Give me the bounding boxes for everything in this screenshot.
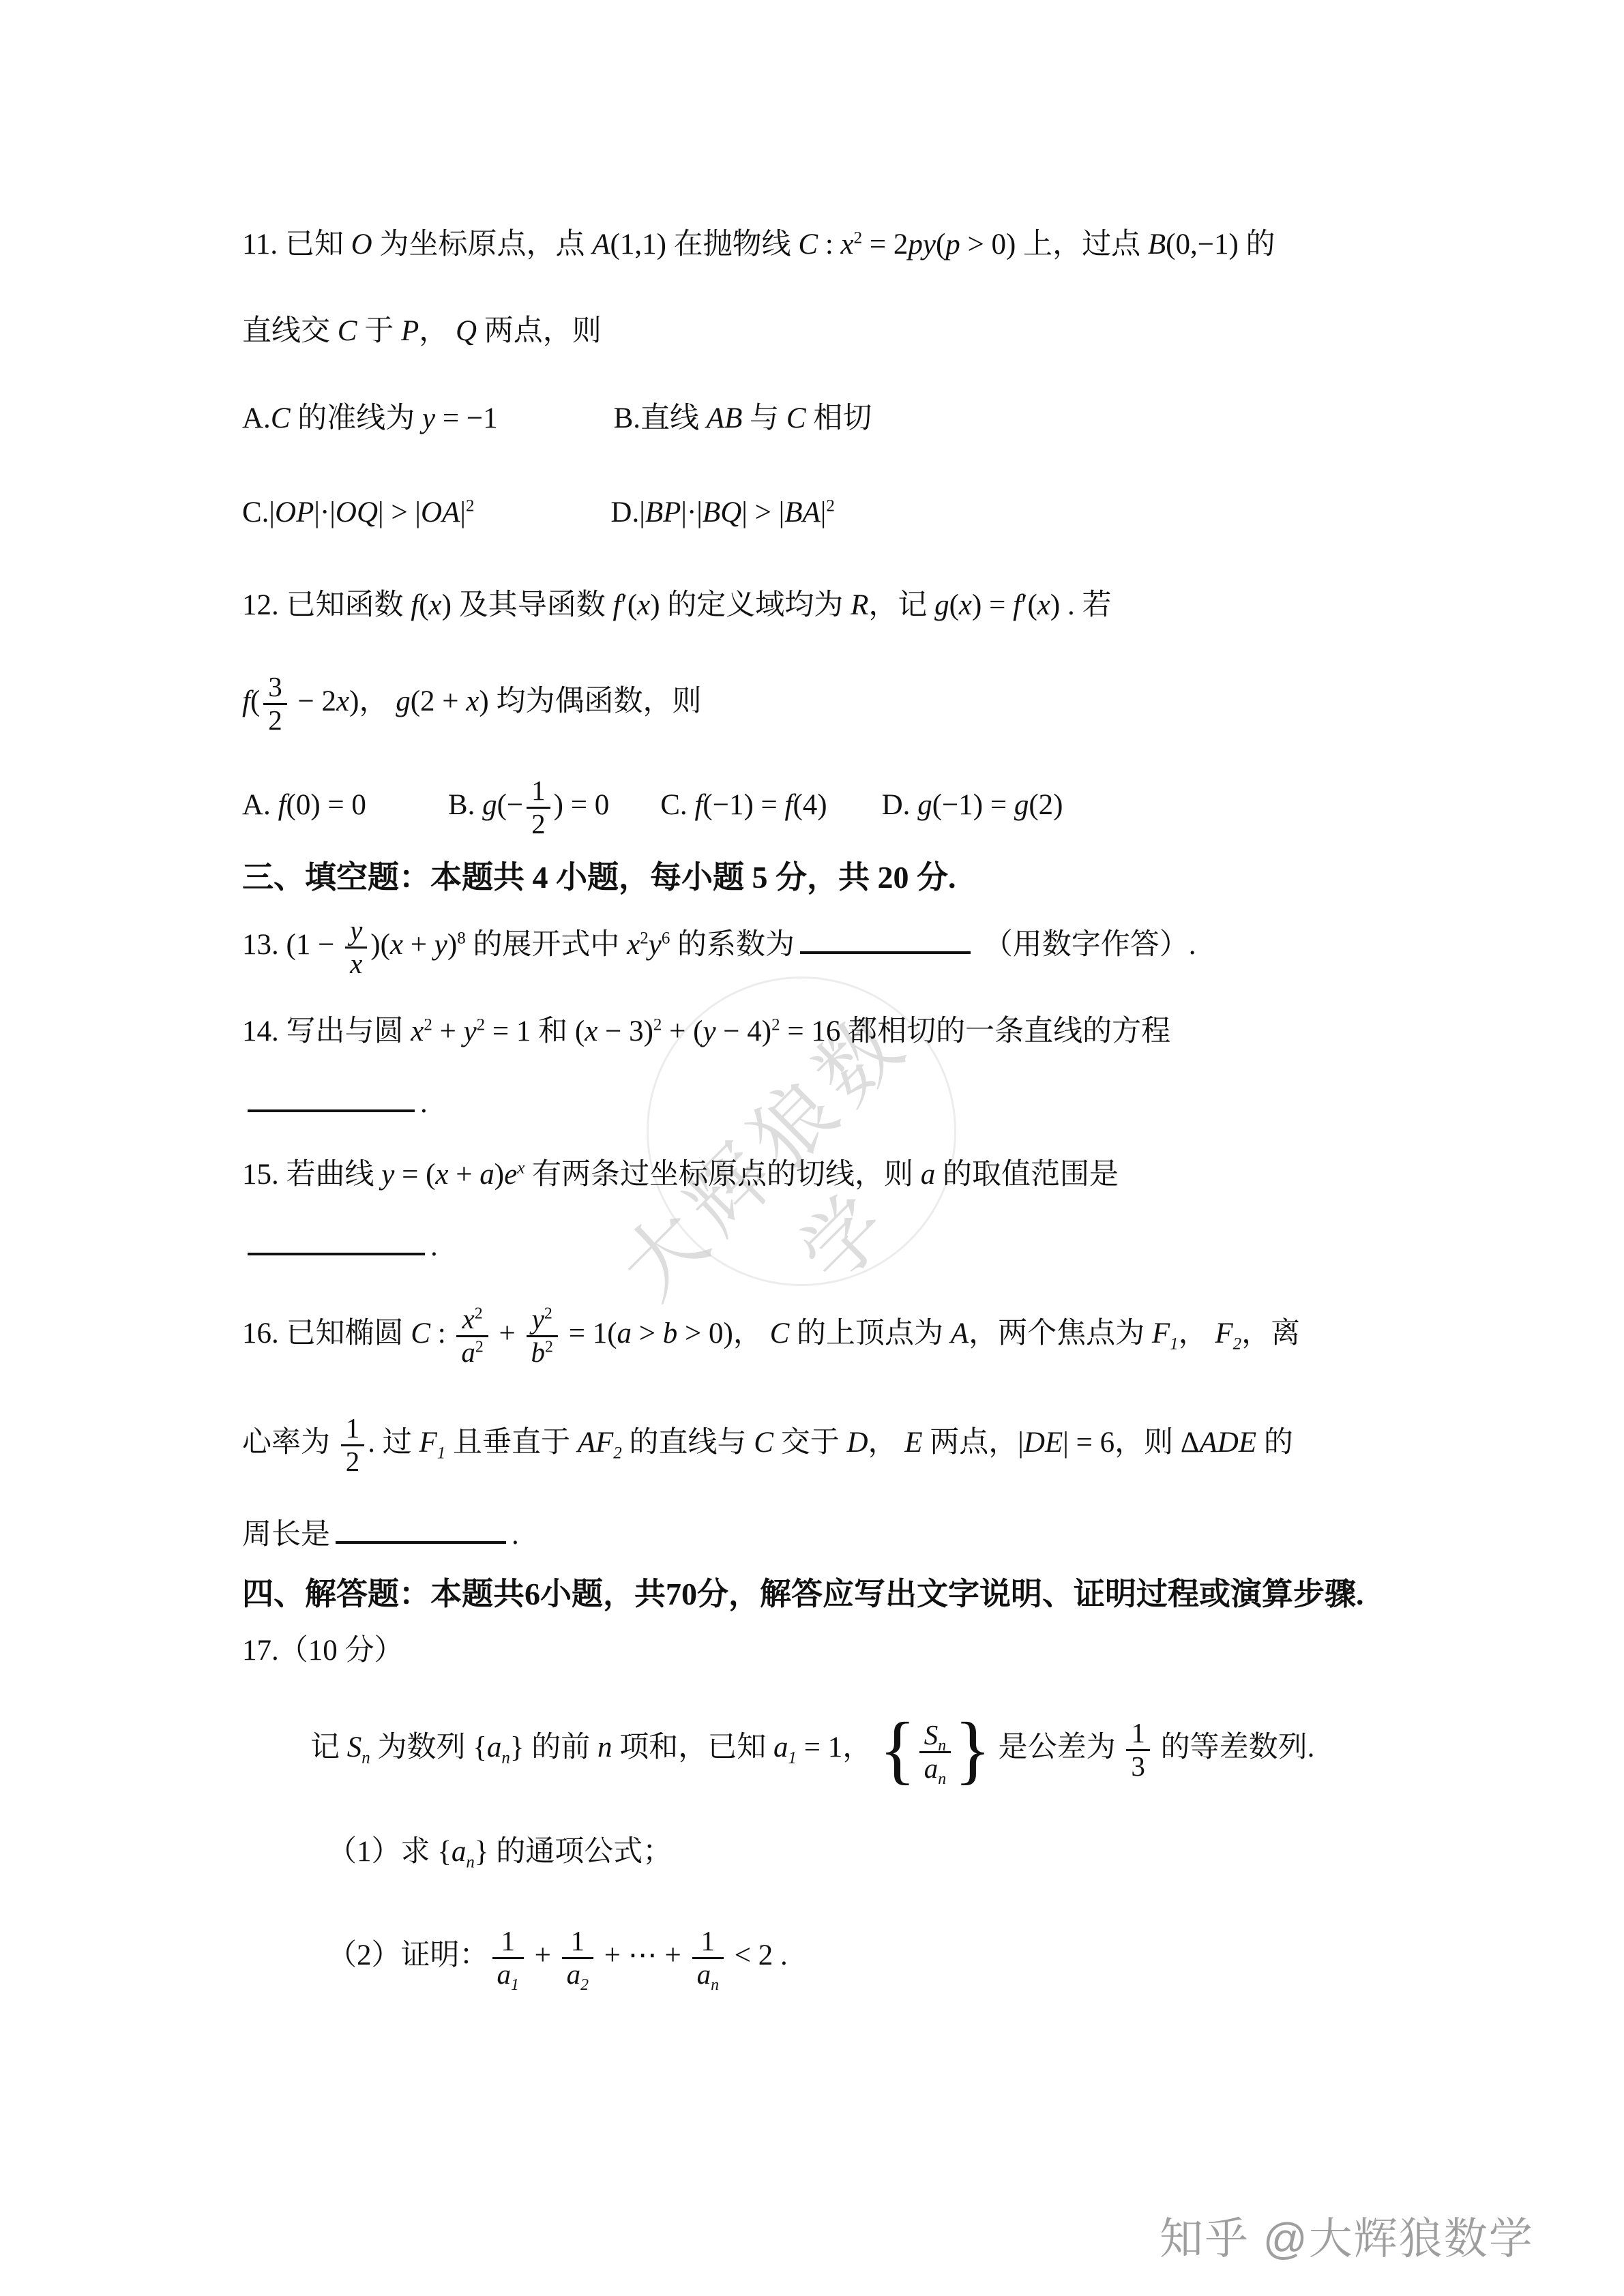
fraction-numerator: y [345, 915, 367, 946]
fraction-denominator: x [345, 946, 367, 980]
math-text: (1,1) 在抛物线 [610, 228, 799, 260]
math-text: 13. (1 − [242, 929, 342, 961]
math-subscript: 1 [511, 1976, 519, 1994]
math-fraction: 1a2 [562, 1926, 593, 1991]
math-fraction: yx [345, 915, 367, 980]
math-variable: g [482, 789, 497, 821]
math-subscript: 2 [580, 1976, 589, 1994]
math-variable: a [921, 1159, 936, 1191]
math-text: D.| [610, 496, 645, 528]
math-text: ) . 若 [1050, 589, 1112, 621]
math-text: 1 [531, 775, 546, 806]
math-variable: A [592, 228, 610, 260]
answer-blank [800, 922, 971, 954]
math-text: ) [494, 1159, 504, 1191]
text-line: 13. (1 − yx)(x + y)8 的展开式中 x2y6 的系数为 （用数… [242, 899, 1408, 991]
math-variable: B [1148, 228, 1166, 260]
math-variable: x [435, 1159, 448, 1191]
math-text: . [420, 1087, 428, 1119]
math-superscript: 2 [475, 1338, 484, 1356]
fraction-denominator: a1 [492, 1957, 524, 1991]
question-14: 14. 写出与圆 x2 + y2 = 1 和 (x − 3)2 + (y − 4… [242, 991, 1408, 1134]
math-variable: n [597, 1731, 612, 1763]
math-variable: a [697, 1958, 711, 1990]
math-text: （2）证明： [327, 1939, 489, 1971]
math-superscript: 2 [424, 1016, 432, 1034]
math-text: ) [447, 929, 457, 961]
math-text: = 1， [797, 1731, 879, 1763]
math-text: ′( [1021, 589, 1037, 621]
math-subscript: 1 [1170, 1335, 1178, 1354]
question-11: 11. 已知 O 为坐标原点，点 A(1,1) 在抛物线 C : x2 = 2p… [242, 201, 1408, 562]
answer-blank [248, 1223, 425, 1255]
math-text: 直线交 [242, 315, 338, 347]
math-text: ， [1179, 1317, 1215, 1350]
math-variable: x [585, 1015, 597, 1047]
math-variable: S [924, 1719, 939, 1750]
math-text: 2 [346, 1446, 360, 1477]
math-subscript: n [501, 1749, 510, 1768]
math-text: 的取值范围是 [935, 1159, 1119, 1191]
math-text: − 2 [291, 685, 336, 717]
math-text: 16. 已知椭圆 [242, 1317, 411, 1350]
math-text: 有两条过坐标原点的切线，则 [525, 1159, 921, 1191]
math-variable: O [351, 228, 372, 260]
math-text: A. [242, 789, 278, 821]
math-text: (−1) = [703, 789, 784, 821]
math-text: 3 [268, 671, 282, 702]
math-variable: a [773, 1731, 788, 1763]
math-text: > 0) 上，过点 [960, 228, 1148, 260]
text-line: A.C 的准线为 y = −1B.直线 AB 与 C 相切 [242, 374, 1408, 463]
math-variable: C [338, 315, 357, 347]
math-variable: C [770, 1317, 790, 1350]
fraction-denominator: a2 [562, 1957, 593, 1991]
question-15: 15. 若曲线 y = (x + a)ex 有两条过坐标原点的切线，则 a 的取… [242, 1134, 1408, 1277]
math-variable: f [411, 589, 419, 621]
text-line: （1）求 {an} 的通项公式； [242, 1809, 1408, 1894]
math-text: ) 及其导函数 [442, 589, 613, 621]
math-variable: f [612, 589, 621, 621]
math-text: ) = 0 [554, 789, 610, 821]
fraction-denominator: an [919, 1751, 951, 1785]
math-text: ) = [972, 589, 1013, 621]
math-fraction: 32 [263, 672, 287, 736]
fraction-numerator: 1 [527, 775, 550, 807]
math-variable: F [1215, 1317, 1232, 1350]
math-text: （用数字作答）. [976, 929, 1196, 961]
text-line: 直线交 C 于 P， Q 两点，则 [242, 288, 1408, 374]
math-variable: a [487, 1731, 502, 1763]
math-variable: OP [275, 496, 314, 528]
math-variable: x [1037, 589, 1050, 621]
math-variable: F [419, 1427, 437, 1459]
math-variable: y [381, 1159, 394, 1191]
math-text: 相切 [806, 402, 872, 434]
text-line: . [242, 1216, 1408, 1277]
fraction-numerator: 3 [263, 672, 287, 703]
math-text: = 1 和 ( [485, 1015, 585, 1047]
math-text: )( [370, 929, 390, 961]
fraction-denominator: 2 [527, 807, 550, 840]
math-fraction: 12 [527, 775, 550, 840]
math-fraction: 1a1 [492, 1926, 524, 1991]
math-text: ，两个焦点为 [969, 1317, 1152, 1350]
fraction-denominator: b2 [527, 1335, 558, 1369]
math-variable: x [627, 929, 640, 961]
text-line: 17.（10 分） [242, 1615, 1408, 1686]
fraction-denominator: a2 [456, 1335, 488, 1369]
math-variable: BQ [703, 496, 741, 528]
math-text: 15. 若曲线 [242, 1159, 381, 1191]
math-text: 12. 已知函数 [242, 589, 411, 621]
math-subscript: n [938, 1770, 946, 1788]
math-variable: g [396, 685, 411, 717]
fraction-numerator: 1 [1126, 1718, 1150, 1749]
math-variable: y [350, 914, 362, 946]
math-text: = 1( [561, 1317, 617, 1350]
math-variable: AF [578, 1427, 614, 1459]
braced-content: Snan [916, 1688, 954, 1811]
math-variable: x [411, 1015, 424, 1047]
math-variable: x [462, 1303, 475, 1335]
math-text: (0) = 0 [286, 789, 366, 821]
math-variable: x [466, 685, 479, 717]
math-superscript: 2 [854, 229, 862, 248]
math-text: 1 [571, 1925, 585, 1956]
math-text: 3 [1131, 1750, 1145, 1782]
math-text: 2 [268, 704, 282, 736]
math-subscript: 1 [437, 1444, 445, 1463]
math-variable: g [917, 789, 932, 821]
math-text: ，离 [1241, 1317, 1300, 1350]
text-line: C.|OP|·|OQ| > |OA|2D.|BP|·|BQ| > |BA|2 [242, 463, 1408, 562]
question-13: 13. (1 − yx)(x + y)8 的展开式中 x2y6 的系数为 （用数… [242, 899, 1408, 991]
math-text: 17.（10 分） [242, 1635, 404, 1667]
math-text: = ( [394, 1159, 435, 1191]
fraction-numerator: 1 [341, 1413, 365, 1444]
math-variable: a [479, 1159, 494, 1191]
math-superscript: x [517, 1159, 525, 1178]
math-superscript: 2 [640, 929, 648, 948]
math-variable: x [336, 685, 349, 717]
math-variable: b [531, 1337, 546, 1368]
fraction-denominator: 3 [1126, 1749, 1150, 1783]
math-text: . [430, 1230, 438, 1262]
math-text: 的上顶点为 [789, 1317, 951, 1350]
math-variable: E [904, 1427, 922, 1459]
math-text: 的等差数列. [1153, 1731, 1315, 1763]
math-superscript: 2 [653, 1016, 662, 1034]
math-text: 2 [531, 808, 546, 839]
math-text: + [527, 1939, 559, 1971]
math-text: ) 均为偶函数，则 [479, 685, 701, 717]
math-text: 记 [310, 1731, 347, 1763]
math-variable: OQ [336, 496, 378, 528]
math-text: + [492, 1317, 523, 1350]
math-superscript: 8 [457, 929, 465, 948]
math-text: + [432, 1015, 464, 1047]
math-variable: Q [456, 315, 477, 347]
math-variable: py [908, 228, 936, 260]
math-text: 项和，已知 [612, 1731, 773, 1763]
math-text: 1 [501, 1925, 515, 1956]
math-variable: a [452, 1836, 467, 1868]
math-text: C.| [242, 496, 275, 528]
text-line: 11. 已知 O 为坐标原点，点 A(1,1) 在抛物线 C : x2 = 2p… [242, 201, 1408, 288]
math-text: : [818, 228, 840, 260]
math-subscript: 2 [1233, 1335, 1241, 1354]
fraction-numerator: 1 [492, 1926, 524, 1957]
math-text: 于 [357, 315, 401, 347]
math-variable: y [464, 1015, 477, 1047]
math-text: | [460, 496, 466, 528]
question-17: 17.（10 分）记 Sn 为数列 {an} 的前 n 项和，已知 a1 = 1… [242, 1615, 1408, 2017]
math-text: (− [497, 789, 524, 821]
math-text: (2 + [411, 685, 467, 717]
math-text: 11. 已知 [242, 228, 351, 260]
math-variable: F [1152, 1317, 1170, 1350]
fraction-denominator: 2 [341, 1444, 365, 1478]
math-fraction: Snan [919, 1720, 951, 1785]
math-text: 1 [701, 1925, 715, 1956]
math-text: |·| [314, 496, 336, 528]
math-text: (2) [1029, 789, 1063, 821]
text-line: （2）证明：1a1 + 1a2 + ⋯ + 1an < 2 . [242, 1894, 1408, 2017]
math-superscript: 2 [475, 1304, 483, 1322]
math-variable: a [497, 1958, 512, 1990]
math-variable: DE [1024, 1427, 1063, 1459]
math-text: B. [448, 789, 482, 821]
math-variable: y [649, 929, 662, 961]
left-brace: { [879, 1712, 916, 1788]
math-variable: p [945, 228, 960, 260]
math-variable: y [422, 402, 435, 434]
math-subscript: n [466, 1853, 474, 1872]
math-text: （1）求 { [327, 1836, 452, 1868]
math-text: + ⋯ + [597, 1939, 689, 1971]
math-text: | = 6，则 Δ [1063, 1427, 1199, 1459]
math-text: B.直线 [614, 402, 707, 434]
watermark-zhihu-credit: 知乎 @大辉狼数学 [1160, 2204, 1534, 2267]
math-variable: b [663, 1317, 678, 1350]
fraction-denominator: 2 [263, 703, 287, 736]
text-line: 15. 若曲线 y = (x + a)ex 有两条过坐标原点的切线，则 a 的取… [242, 1134, 1408, 1216]
math-variable: y [434, 929, 447, 961]
math-text: ( [419, 589, 428, 621]
math-braced-group: {Snan} [879, 1688, 991, 1811]
math-variable: x [959, 589, 972, 621]
text-line: 12. 已知函数 f(x) 及其导函数 f′(x) 的定义域均为 R，记 g(x… [242, 562, 1408, 648]
math-text: < 2 . [727, 1939, 788, 1971]
math-variable: A [951, 1317, 969, 1350]
exam-content: 11. 已知 O 为坐标原点，点 A(1,1) 在抛物线 C : x2 = 2p… [242, 201, 1408, 2017]
math-fraction: y2b2 [527, 1304, 558, 1369]
math-fraction: 1an [692, 1926, 724, 1991]
math-text: |·| [681, 496, 703, 528]
math-subscript: 1 [788, 1749, 796, 1768]
math-text: 的系数为 [670, 929, 795, 961]
math-text: (−1) = [932, 789, 1014, 821]
math-subscript: 2 [613, 1444, 621, 1463]
math-fraction: 13 [1126, 1718, 1150, 1783]
math-variable: y [532, 1303, 544, 1335]
math-variable: f [1013, 589, 1021, 621]
math-text: 且垂直于 [445, 1427, 578, 1459]
math-text: = 2 [862, 228, 908, 260]
math-variable: a [461, 1337, 475, 1368]
text-line: 心率为 12. 过 F1 且垂直于 AF2 的直线与 C 交于 D， E 两点，… [242, 1390, 1408, 1495]
math-superscript: 2 [466, 497, 474, 516]
math-text: ，记 [868, 589, 934, 621]
math-variable: C [798, 228, 818, 260]
math-variable: a [924, 1753, 939, 1784]
math-variable: f [785, 789, 793, 821]
math-text: A. [242, 402, 271, 434]
text-line: 周长是. [242, 1495, 1408, 1574]
text-line: 记 Sn 为数列 {an} 的前 n 项和，已知 a1 = 1， {Snan} … [242, 1686, 1408, 1809]
math-text: : [430, 1317, 453, 1350]
math-text: . [512, 1519, 519, 1551]
math-superscript: 6 [662, 929, 670, 948]
math-variable: x [429, 589, 442, 621]
math-variable: AB [707, 402, 743, 434]
math-variable: R [851, 589, 868, 621]
math-variable: f [242, 685, 250, 717]
math-variable: f [694, 789, 703, 821]
math-fraction: x2a2 [456, 1304, 488, 1369]
math-text: 的展开式中 [466, 929, 628, 961]
math-text: = −1 [435, 402, 498, 434]
math-superscript: 2 [826, 497, 834, 516]
math-text: − 4) [716, 1015, 772, 1047]
math-variable: OA [421, 496, 460, 528]
math-variable: x [350, 948, 362, 979]
math-text: (0,−1) 的 [1166, 228, 1275, 260]
math-variable: y [703, 1015, 715, 1047]
question-16: 16. 已知椭圆 C : x2a2 + y2b2 = 1(a > b > 0)，… [242, 1277, 1408, 1574]
math-text: 1 [346, 1412, 360, 1444]
math-variable: P [401, 315, 419, 347]
math-text: ( [250, 685, 260, 717]
math-text: − 3) [597, 1015, 653, 1047]
fraction-numerator: x2 [456, 1304, 488, 1335]
section-3-title: 三、填空题：本题共 4 小题，每小题 5 分，共 20 分. [242, 856, 1408, 899]
math-text: 心率为 [242, 1427, 338, 1459]
math-text: 的准线为 [291, 402, 423, 434]
math-variable: e [504, 1159, 517, 1191]
math-subscript: n [711, 1976, 719, 1994]
math-text: 14. 写出与圆 [242, 1015, 411, 1047]
math-variable: ADE [1200, 1427, 1257, 1459]
text-line: 16. 已知椭圆 C : x2a2 + y2b2 = 1(a > b > 0)，… [242, 1277, 1408, 1390]
fraction-numerator: y2 [527, 1304, 558, 1335]
math-text: | > | [378, 496, 421, 528]
math-text: 交于 [773, 1427, 847, 1459]
math-superscript: 2 [771, 1016, 780, 1034]
math-variable: C [271, 402, 291, 434]
math-text: )， [349, 685, 396, 717]
math-text: 与 [742, 402, 786, 434]
fraction-numerator: Sn [919, 1720, 951, 1751]
fraction-denominator: an [692, 1957, 724, 1991]
math-variable: BP [645, 496, 681, 528]
math-variable: C [754, 1427, 773, 1459]
math-text: D. [882, 789, 918, 821]
math-text: } 的前 [510, 1731, 597, 1763]
math-text: 1 [1131, 1717, 1145, 1748]
math-variable: x [637, 589, 650, 621]
math-variable: D [846, 1427, 868, 1459]
text-line: . [242, 1073, 1408, 1134]
math-text: (4) [793, 789, 827, 821]
math-text: = 16 都相切的一条直线的方程 [780, 1015, 1171, 1047]
math-text: 两点，| [923, 1427, 1024, 1459]
math-text: 两点，则 [477, 315, 602, 347]
math-text: + ( [662, 1015, 703, 1047]
math-text: 周长是 [242, 1519, 330, 1551]
math-subscript: n [361, 1749, 370, 1768]
math-variable: a [567, 1958, 581, 1990]
math-text: ( [936, 228, 945, 260]
exam-page: 大辉狼数学 11. 已知 O 为坐标原点，点 A(1,1) 在抛物线 C : x… [0, 0, 1624, 2296]
math-text: + [449, 1159, 480, 1191]
math-text: > 0)， [677, 1317, 769, 1350]
math-superscript: 2 [477, 1016, 485, 1034]
math-text: ， [419, 315, 456, 347]
text-line: A. f(0) = 0B. g(−12) = 0C. f(−1) = f(4)D… [242, 754, 1408, 856]
math-text: } 的通项公式； [475, 1836, 672, 1868]
math-text: 的直线与 [622, 1427, 754, 1459]
answer-blank [248, 1080, 415, 1112]
answer-blank [336, 1512, 506, 1544]
math-text: | > | [741, 496, 784, 528]
question-12: 12. 已知函数 f(x) 及其导函数 f′(x) 的定义域均为 R，记 g(x… [242, 562, 1408, 856]
math-superscript: 2 [545, 1338, 553, 1356]
math-variable: S [347, 1731, 362, 1763]
math-variable: a [617, 1317, 632, 1350]
math-variable: BA [784, 496, 821, 528]
math-text: ( [949, 589, 959, 621]
math-text: + [403, 929, 434, 961]
text-line: f(32 − 2x)， g(2 + x) 均为偶函数，则 [242, 648, 1408, 754]
fraction-numerator: 1 [562, 1926, 593, 1957]
fraction-numerator: 1 [692, 1926, 724, 1957]
section-4-title: 四、解答题：本题共6小题，共70分，解答应写出文字说明、证明过程或演算步骤. [242, 1574, 1408, 1615]
math-text: C. [660, 789, 694, 821]
right-brace: } [954, 1712, 991, 1788]
math-variable: C [411, 1317, 430, 1350]
math-variable: x [390, 929, 403, 961]
math-text: 的 [1256, 1427, 1293, 1459]
text-line: 14. 写出与圆 x2 + y2 = 1 和 (x − 3)2 + (y − 4… [242, 991, 1408, 1073]
math-variable: g [1014, 789, 1029, 821]
math-text: ) 的定义域均为 [650, 589, 851, 621]
math-superscript: 2 [544, 1304, 552, 1322]
math-text: . 过 [368, 1427, 419, 1459]
math-fraction: 12 [341, 1413, 365, 1478]
math-variable: f [278, 789, 286, 821]
math-text: 为数列 { [370, 1731, 487, 1763]
math-text: ， [868, 1427, 905, 1459]
math-text: 为坐标原点，点 [372, 228, 593, 260]
math-text: > [632, 1317, 663, 1350]
math-text: 是公差为 [991, 1731, 1123, 1763]
math-variable: x [841, 228, 854, 260]
math-variable: g [934, 589, 949, 621]
math-variable: C [786, 402, 806, 434]
math-subscript: n [938, 1737, 946, 1755]
